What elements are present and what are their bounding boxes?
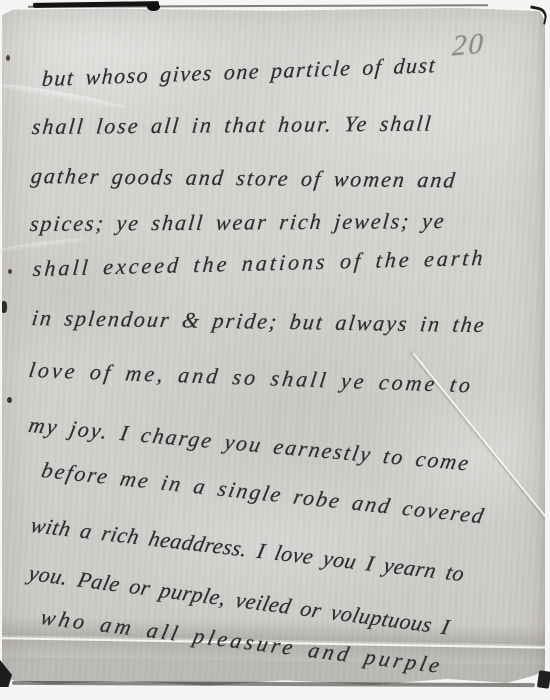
handwriting-line-3: gather goods and store of women and — [29, 161, 458, 195]
handwriting-line-4: spices; ye shall wear rich jewels; ye — [29, 206, 448, 239]
manuscript-page: 20 but whoso gives one particle of dust … — [2, 7, 545, 687]
handwriting-line-5: shall exceed the nations of the earth — [32, 243, 487, 284]
corner-shadow-mark — [537, 670, 550, 689]
edge-speck — [6, 55, 10, 61]
handwriting-line-6: in splendour & pride; but always in the — [30, 303, 487, 340]
scan-background: 20 but whoso gives one particle of dust … — [0, 0, 550, 700]
handwriting-line-1: but whoso gives one particle of dust — [41, 50, 437, 94]
paper-wrinkle — [0, 237, 86, 254]
edge-speck — [1, 301, 7, 313]
paper-bottom-edge-shadow — [12, 681, 535, 687]
page-number: 20 — [451, 27, 486, 63]
scanner-edge-blot — [147, 3, 160, 11]
handwriting-line-7: love of me, and so shall ye come to — [27, 355, 475, 400]
edge-speck — [8, 269, 12, 274]
edge-speck — [7, 397, 12, 403]
page-curl-mark — [528, 5, 549, 24]
handwriting-line-2: shall lose all in that hour. Ye shall — [31, 108, 435, 142]
paper-crease-shading — [2, 657, 547, 695]
